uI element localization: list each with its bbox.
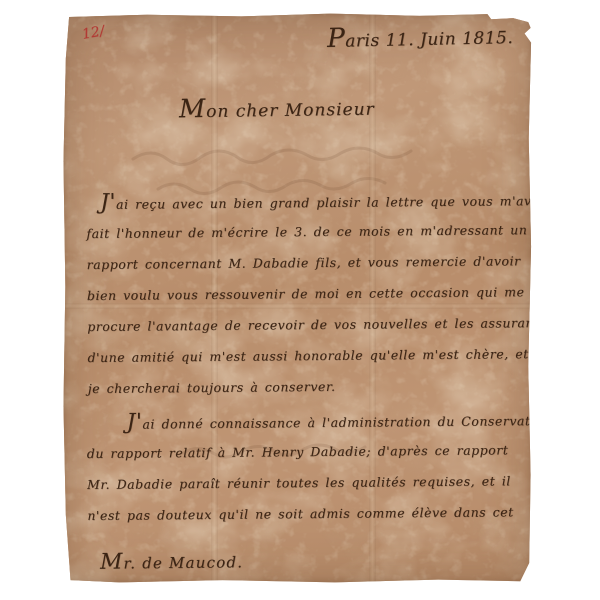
body-line: fait l'honneur de m'écrire le 3. de ce m… [86, 214, 559, 249]
body-paragraph-1: J'ai reçu avec un bien grand plaisir la … [86, 183, 561, 404]
dateline: Paris 11. Juin 1815. [327, 20, 514, 54]
letter-paper: 12/ Paris 11. Juin 1815. Mon cher Monsie… [63, 13, 532, 583]
salutation: Mon cher Monsieur [179, 92, 375, 125]
body-line: n'est pas douteux qu'il ne soit admis co… [87, 496, 558, 531]
body-line: rapport concernant M. Dabadie fils, et v… [87, 245, 560, 280]
addressee-note: Mr. de Maucod. [100, 548, 243, 574]
body-line: bien voulu vous ressouvenir de moi en ce… [87, 276, 560, 311]
body-line: d'une amitié qui m'est aussi honorable q… [87, 338, 560, 373]
archival-number-mark: 12/ [81, 23, 106, 43]
body-line: je chercherai toujours à conserver. [88, 369, 561, 404]
body-line: procure l'avantage de recevoir de vos no… [87, 307, 560, 342]
body-paragraph-2: J'ai donné connaissance à l'administrati… [86, 403, 558, 531]
photo-background: 12/ Paris 11. Juin 1815. Mon cher Monsie… [0, 0, 600, 600]
body-line: J'ai donné connaissance à l'administrati… [86, 403, 557, 438]
body-line: Mr. Dabadie paraît réunir toutes les qua… [87, 465, 558, 500]
body-line: du rapport relatif à Mr. Henry Dabadie; … [87, 434, 558, 469]
body-line: J'ai reçu avec un bien grand plaisir la … [86, 183, 559, 218]
